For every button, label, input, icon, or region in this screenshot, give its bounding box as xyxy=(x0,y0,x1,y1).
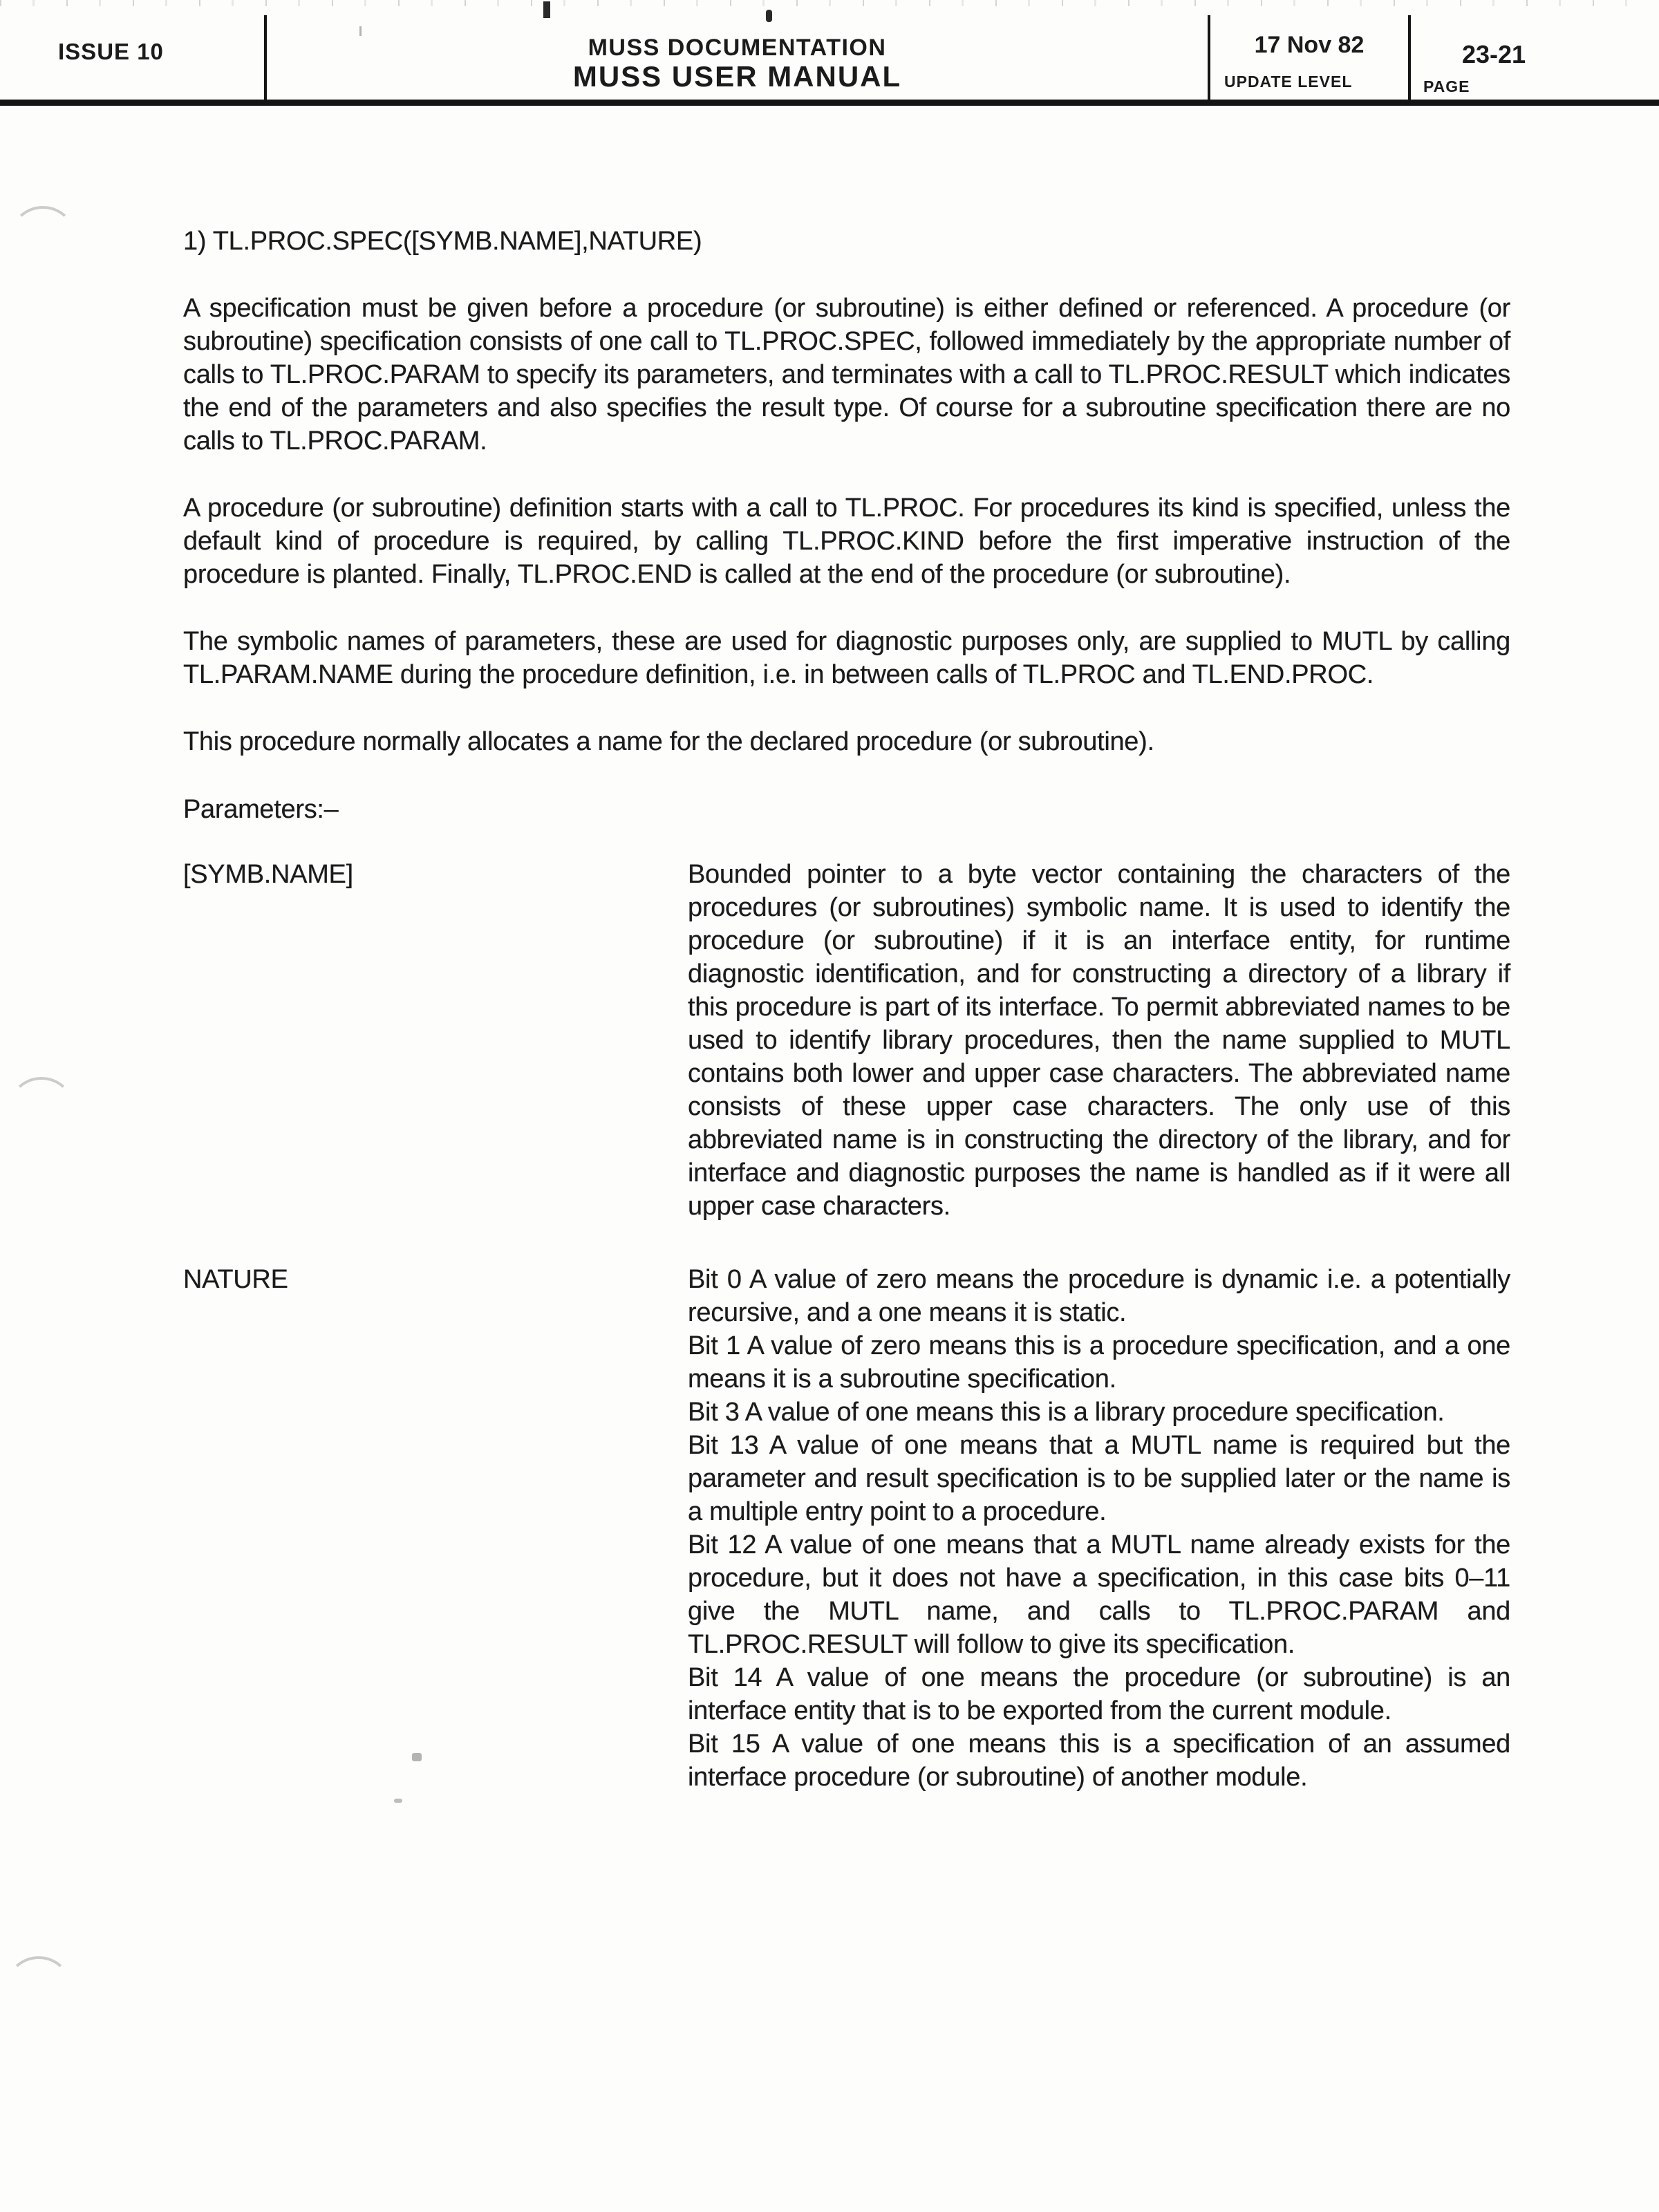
parameters-label: Parameters:– xyxy=(183,793,1510,826)
paragraph: A procedure (or subroutine) definition s… xyxy=(183,491,1510,591)
update-level-label: UPDATE LEVEL xyxy=(1210,73,1408,91)
nature-bit-description: Bit 0 A value of zero means the procedur… xyxy=(688,1263,1510,1329)
scan-arc-artifact xyxy=(10,1077,73,1135)
section-heading: 1) TL.PROC.SPEC([SYMB.NAME],NATURE) xyxy=(183,106,1510,258)
issue-cell: ISSUE 10 xyxy=(0,15,267,100)
nature-bit-description: Bit 15 A value of one means this is a sp… xyxy=(688,1727,1510,1794)
page-number-label: PAGE xyxy=(1411,77,1659,96)
update-level-cell: 17 Nov 82 UPDATE LEVEL xyxy=(1208,15,1408,100)
parameter-row-symb-name: [SYMB.NAME] Bounded pointer to a byte ve… xyxy=(183,858,1510,1223)
header-rule xyxy=(0,100,1659,106)
page-number-cell: 23-21 PAGE xyxy=(1408,15,1659,100)
scan-arc-artifact xyxy=(11,206,75,264)
parameter-row-nature: NATURE Bit 0 A value of zero means the p… xyxy=(183,1263,1510,1794)
title-cell: MUSS DOCUMENTATION MUSS USER MANUAL xyxy=(267,15,1208,100)
nature-bit-description: Bit 14 A value of one means the procedur… xyxy=(688,1661,1510,1727)
nature-bit-description: Bit 12 A value of one means that a MUTL … xyxy=(688,1528,1510,1661)
scan-speck xyxy=(394,1799,402,1803)
parameter-name: NATURE xyxy=(183,1263,688,1794)
doc-title-line2: MUSS USER MANUAL xyxy=(267,60,1208,93)
parameter-description: Bit 0 A value of zero means the procedur… xyxy=(688,1263,1510,1794)
update-level-value: 17 Nov 82 xyxy=(1210,32,1408,59)
scan-noise-top xyxy=(0,0,1659,6)
nature-bit-description: Bit 13 A value of one means that a MUTL … xyxy=(688,1429,1510,1528)
page-header: ISSUE 10 MUSS DOCUMENTATION MUSS USER MA… xyxy=(0,15,1659,100)
page-number-value: 23-21 xyxy=(1411,40,1577,69)
nature-bit-description: Bit 1 A value of zero means this is a pr… xyxy=(688,1329,1510,1396)
paragraph: A specification must be given before a p… xyxy=(183,292,1510,458)
paragraph: The symbolic names of parameters, these … xyxy=(183,625,1510,691)
parameter-name: [SYMB.NAME] xyxy=(183,858,688,1223)
document-body: 1) TL.PROC.SPEC([SYMB.NAME],NATURE) A sp… xyxy=(183,106,1510,1794)
issue-label: ISSUE 10 xyxy=(58,39,164,64)
document-page: ISSUE 10 MUSS DOCUMENTATION MUSS USER MA… xyxy=(0,0,1659,2212)
scan-arc-artifact xyxy=(7,1956,71,2014)
doc-title-line1: MUSS DOCUMENTATION xyxy=(267,35,1208,62)
nature-bit-description: Bit 3 A value of one means this is a lib… xyxy=(688,1396,1510,1429)
paragraph: This procedure normally allocates a name… xyxy=(183,725,1510,758)
parameter-description: Bounded pointer to a byte vector contain… xyxy=(688,858,1510,1223)
